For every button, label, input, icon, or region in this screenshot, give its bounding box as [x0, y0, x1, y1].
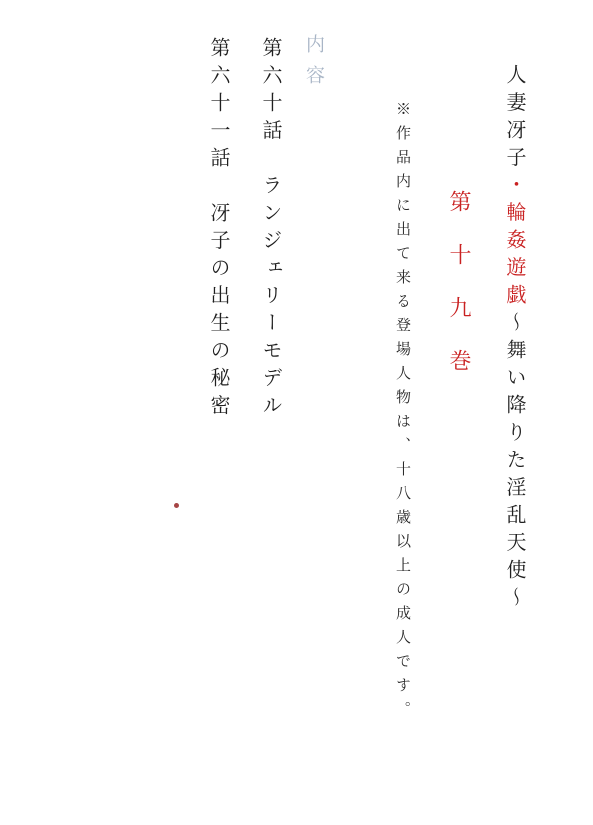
- title-red-middle: ・輪姦遊戯: [503, 174, 527, 312]
- title-black-tail: ～舞い降りた淫乱天使～: [503, 312, 527, 615]
- contents-page: 人妻冴子・輪姦遊戯～舞い降りた淫乱天使～ 第十九巻 ※作品内に出て来る登場人物は…: [0, 0, 593, 825]
- contents-heading: 内容: [304, 34, 323, 96]
- red-dot-marker: [174, 503, 179, 508]
- title-black-lead: 人妻冴子: [503, 64, 527, 174]
- volume-label: 第十九巻: [447, 190, 469, 402]
- episode-60-entry: 第六十話 ランジェリーモデル: [261, 37, 281, 422]
- page-title: 人妻冴子・輪姦遊戯～舞い降りた淫乱天使～: [505, 64, 525, 614]
- age-disclaimer: ※作品内に出て来る登場人物は、十八歳以上の成人です。: [395, 101, 410, 725]
- episode-61-entry: 第六十一話 冴子の出生の秘密: [209, 37, 229, 422]
